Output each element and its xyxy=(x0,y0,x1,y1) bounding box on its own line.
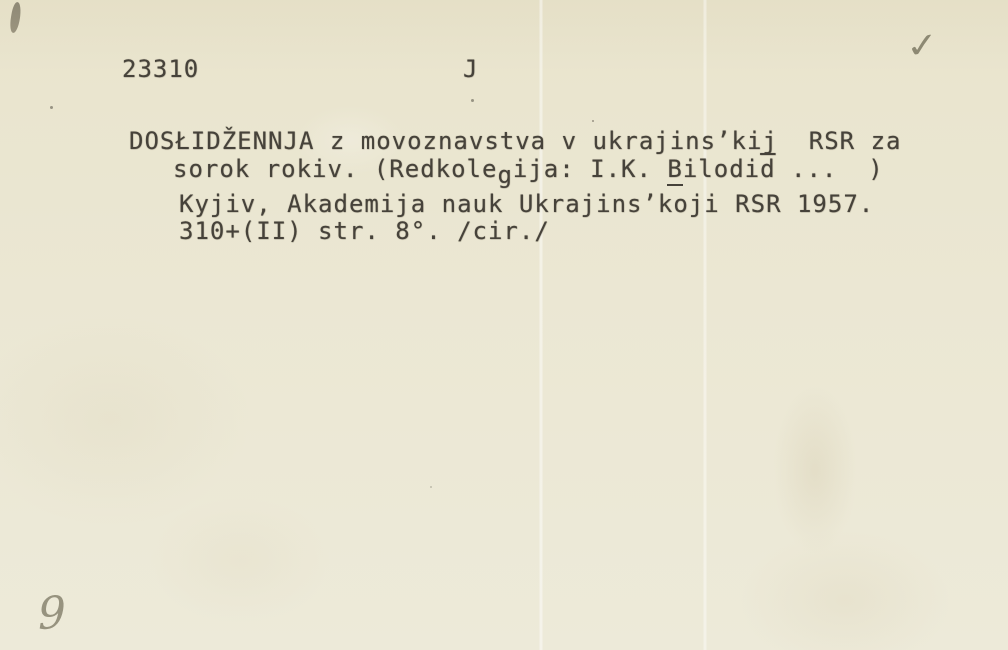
catalog-card: ✓ 23310 J DOSŁIDŽENNJA z movoznavstva v … xyxy=(0,0,1008,650)
underlined-initial-b: B xyxy=(667,155,682,186)
overstruck-letter-d: d xyxy=(760,155,775,183)
dropped-letter-g: g xyxy=(497,161,512,189)
title-line-2-editor: ija: I.K. xyxy=(513,155,668,183)
ink-speck xyxy=(471,99,474,102)
ink-speck xyxy=(592,120,594,122)
imprint-line: Kyjiv, Akademija nauk Ukrajins’koji RSR … xyxy=(179,191,874,217)
accession-number: 23310 xyxy=(122,56,199,82)
title-line-2-end: ... ) xyxy=(776,155,884,183)
scan-edge-artifact xyxy=(9,1,23,33)
title-line-2: sorok rokiv. (Redkolegija: I.K. Bilodid … xyxy=(173,156,884,182)
collation-line: 310+(II) str. 8°. /cir./ xyxy=(179,218,550,244)
ink-speck xyxy=(430,486,432,488)
title-line-1: DOSŁIDŽENNJA z movoznavstva v ukrajins’k… xyxy=(129,128,901,154)
title-line-2-surname: ilodi xyxy=(683,155,760,183)
filing-letter: J xyxy=(463,56,478,82)
ink-speck xyxy=(50,106,53,109)
pencil-numeral-annotation: 9 xyxy=(38,587,67,641)
pencil-checkmark-icon: ✓ xyxy=(904,24,941,67)
title-line-2-start: sorok rokiv. (Redkole xyxy=(173,155,497,183)
